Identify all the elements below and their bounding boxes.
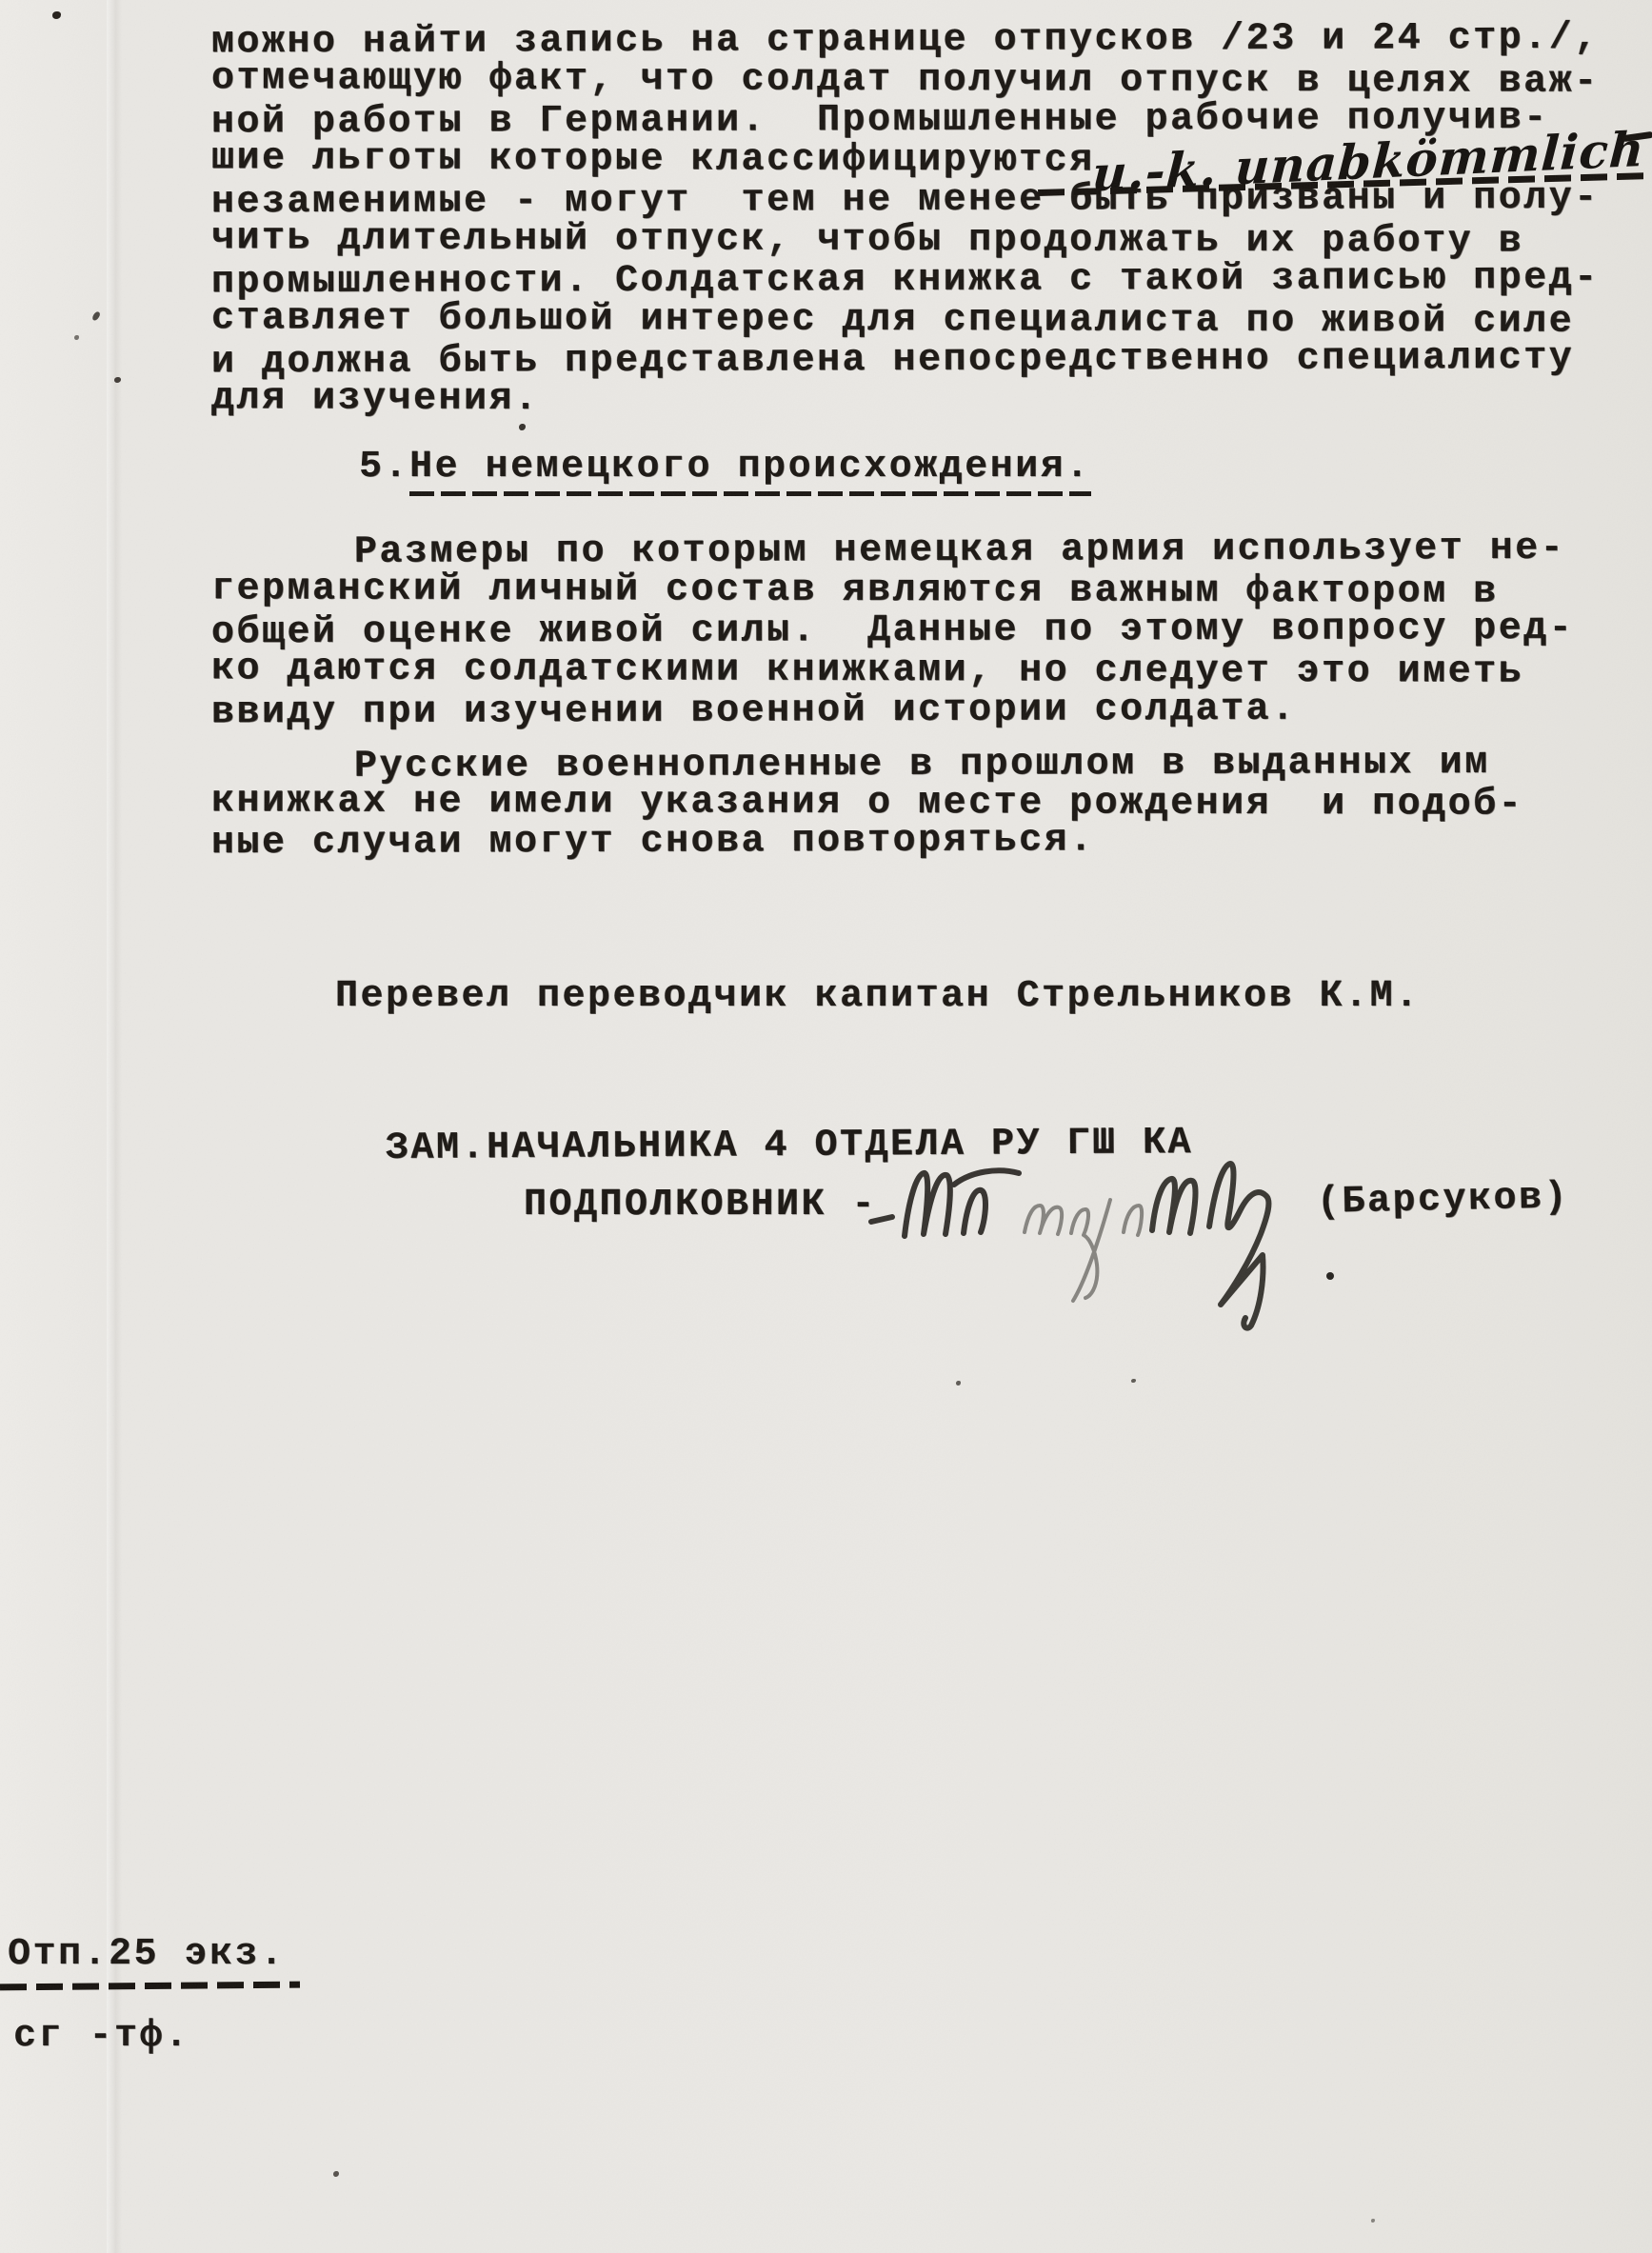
text-line: ко даются солдатскими книжками, но следу…: [211, 649, 1574, 692]
text-line: сг -тф.: [13, 2015, 190, 2058]
text-line: для изучения.: [211, 379, 1600, 423]
text-line: ставляет большой интерес для специалиста…: [211, 299, 1600, 343]
text-line: можно найти запись на странице отпусков …: [211, 19, 1600, 64]
text-line: ввиду при изучении военной истории солда…: [211, 689, 1574, 733]
ink-speck: [91, 310, 101, 322]
text-line: (Барсуков): [1317, 1178, 1570, 1224]
text-line: ПОДПОЛКОВНИК -: [524, 1186, 877, 1226]
signature-period-dot: [1326, 1272, 1334, 1280]
text-line: и должна быть представлена непосредствен…: [211, 339, 1600, 384]
signature-scrawl: [838, 1143, 1352, 1343]
paragraph-2: Размеры по которым немецкая армия исполь…: [211, 531, 1574, 731]
ink-speck: [1131, 1379, 1136, 1383]
text-line: отмечающую факт, что солдат получил отпу…: [211, 59, 1600, 103]
copies-note: Отп.25 экз.: [8, 1933, 286, 1976]
document-scan-page: можно найти запись на странице отпусков …: [0, 0, 1652, 2253]
section-title: Не немецкого происхождения.: [409, 446, 1091, 496]
ink-speck: [52, 11, 61, 19]
ink-speck: [956, 1381, 961, 1386]
signature-name: (Барсуков): [1317, 1181, 1569, 1221]
paragraph-3: Русские военнопленные в прошлом в выданн…: [211, 747, 1523, 861]
text-line: ные случаи могут снова повторяться.: [211, 821, 1523, 863]
section-number: 5.: [359, 446, 409, 488]
paragraph-1: можно найти запись на странице отпусков …: [211, 21, 1600, 421]
paper-crease: [107, 0, 122, 2253]
text-line: промышленности. Солдатская книжка с тако…: [211, 259, 1600, 304]
ink-speck: [1371, 2219, 1375, 2223]
signature-rank-line: ПОДПОЛКОВНИК -: [524, 1186, 877, 1226]
translator-line: Перевел переводчик капитан Стрельников К…: [335, 977, 1421, 1017]
ink-speck: [114, 377, 121, 383]
text-line: Размеры по которым немецкая армия исполь…: [211, 529, 1574, 573]
typist-note: сг -тф.: [13, 2015, 190, 2058]
text-line: книжках не имели указания о месте рожден…: [211, 783, 1523, 824]
footer-dashed-line: [0, 1982, 300, 1991]
ink-speck: [333, 2171, 339, 2177]
text-line: Отп.25 экз.: [8, 1933, 286, 1976]
text-line: чить длительный отпуск, чтобы продолжать…: [211, 219, 1600, 263]
text-line: Перевел переводчик капитан Стрельников К…: [335, 977, 1421, 1017]
ink-speck: [519, 424, 526, 430]
ink-speck: [74, 335, 79, 340]
section-heading: 5.Не немецкого происхождения.: [359, 446, 1091, 496]
text-line: германский личный состав являются важным…: [211, 569, 1574, 612]
text-line: общей оценке живой силы. Данные по этому…: [211, 609, 1574, 653]
